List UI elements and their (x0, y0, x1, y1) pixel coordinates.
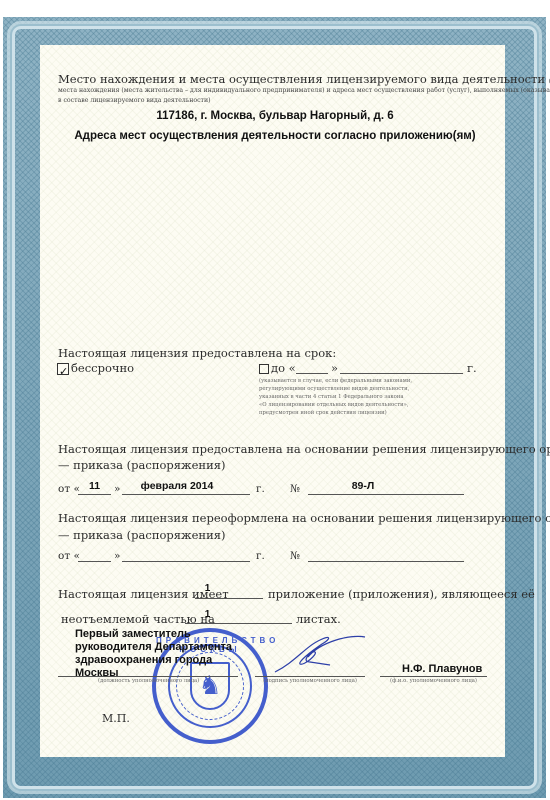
addresses-note: Адреса мест осуществления деятельности с… (0, 130, 550, 142)
position-line: здравоохранения города (75, 654, 232, 667)
unlimited-label: бессрочно (71, 361, 134, 375)
term-heading: Настоящая лицензия предоставлена на срок… (58, 346, 336, 360)
until-note-line: регулирующими осуществление видов деятел… (259, 386, 409, 393)
position-line-rule (58, 676, 238, 677)
reissued-heading: Настоящая лицензия переоформлена на осно… (58, 511, 550, 525)
signatory-position: Первый заместитель руководителя Департам… (75, 628, 232, 680)
appendix-count-field (195, 598, 263, 599)
appendix-sheets: 1 (185, 609, 230, 620)
until-note-line: «О лицензировании отдельных видов деятел… (259, 402, 409, 409)
location-note-2: места нахождения (места жительства – для… (58, 87, 550, 94)
until-prefix: до « (271, 361, 296, 375)
until-day-field[interactable] (296, 373, 328, 374)
until-note-line: предусмотрен иной срок действия лицензии… (259, 410, 387, 417)
signatory-name: Н.Ф. Плавунов (402, 663, 482, 675)
check-mark-icon: ✓ (59, 365, 68, 378)
until-note-line: указанных в части 4 статьи 1 Федеральног… (259, 394, 404, 401)
granted-heading-2: — приказа (распоряжения) (58, 458, 225, 472)
location-heading: Место нахождения и места осуществления л… (58, 72, 550, 86)
granted-day: 11 (78, 480, 111, 492)
reissued-day-field (78, 561, 111, 562)
appendix-suffix: приложение (приложения), являющееся её (268, 587, 535, 601)
granted-month-year: февраля 2014 (122, 480, 232, 492)
reissued-year-suffix: г. (256, 550, 265, 562)
reissued-heading-2: — приказа (распоряжения) (58, 528, 225, 542)
reissued-number-sign: № (290, 550, 300, 562)
reissued-from-label: от « (58, 550, 80, 562)
granted-quote-close: » (114, 483, 120, 495)
signature-icon (270, 632, 370, 677)
unlimited-checkbox[interactable]: ✓ (57, 363, 69, 375)
reissued-quote-close: » (114, 550, 120, 562)
reissued-number-field (308, 561, 464, 562)
granted-number-sign: № (290, 483, 300, 495)
granted-month-field (122, 494, 250, 495)
until-month-field[interactable] (340, 373, 463, 374)
granted-day-field (78, 494, 111, 495)
until-checkbox[interactable] (259, 364, 269, 374)
appendix-count: 1 (195, 583, 220, 594)
granted-heading: Настоящая лицензия предоставлена на осно… (58, 442, 550, 456)
appendix-sheets-suffix: листах. (296, 612, 341, 626)
until-note-line: (указывается в случае, если федеральными… (259, 378, 412, 385)
location-heading-text: Место нахождения и места осуществления л… (58, 72, 545, 86)
name-line-rule (380, 676, 487, 677)
position-line: руководителя Департамента (75, 641, 232, 654)
granted-from-label: от « (58, 483, 80, 495)
granted-number: 89-Л (308, 480, 418, 492)
granted-number-field (308, 494, 464, 495)
appendix-sheets-field (185, 623, 292, 624)
name-caption: (ф.и.о. уполномоченного лица) (390, 678, 477, 685)
position-caption: (должность уполномоченного лица) (98, 678, 199, 685)
location-note-3: в составе лицензируемого вида деятельнос… (58, 97, 211, 104)
license-address: 117186, г. Москва, бульвар Нагорный, д. … (0, 110, 550, 122)
granted-year-suffix: г. (256, 483, 265, 495)
seal-label: М.П. (102, 712, 130, 725)
position-line: Первый заместитель (75, 628, 232, 641)
signature-line-rule (255, 676, 365, 677)
reissued-month-field (122, 561, 250, 562)
signature-caption: (подпись уполномоченного лица) (263, 678, 357, 685)
until-year-suffix: г. (467, 361, 477, 375)
until-quote-close: » (331, 361, 338, 375)
